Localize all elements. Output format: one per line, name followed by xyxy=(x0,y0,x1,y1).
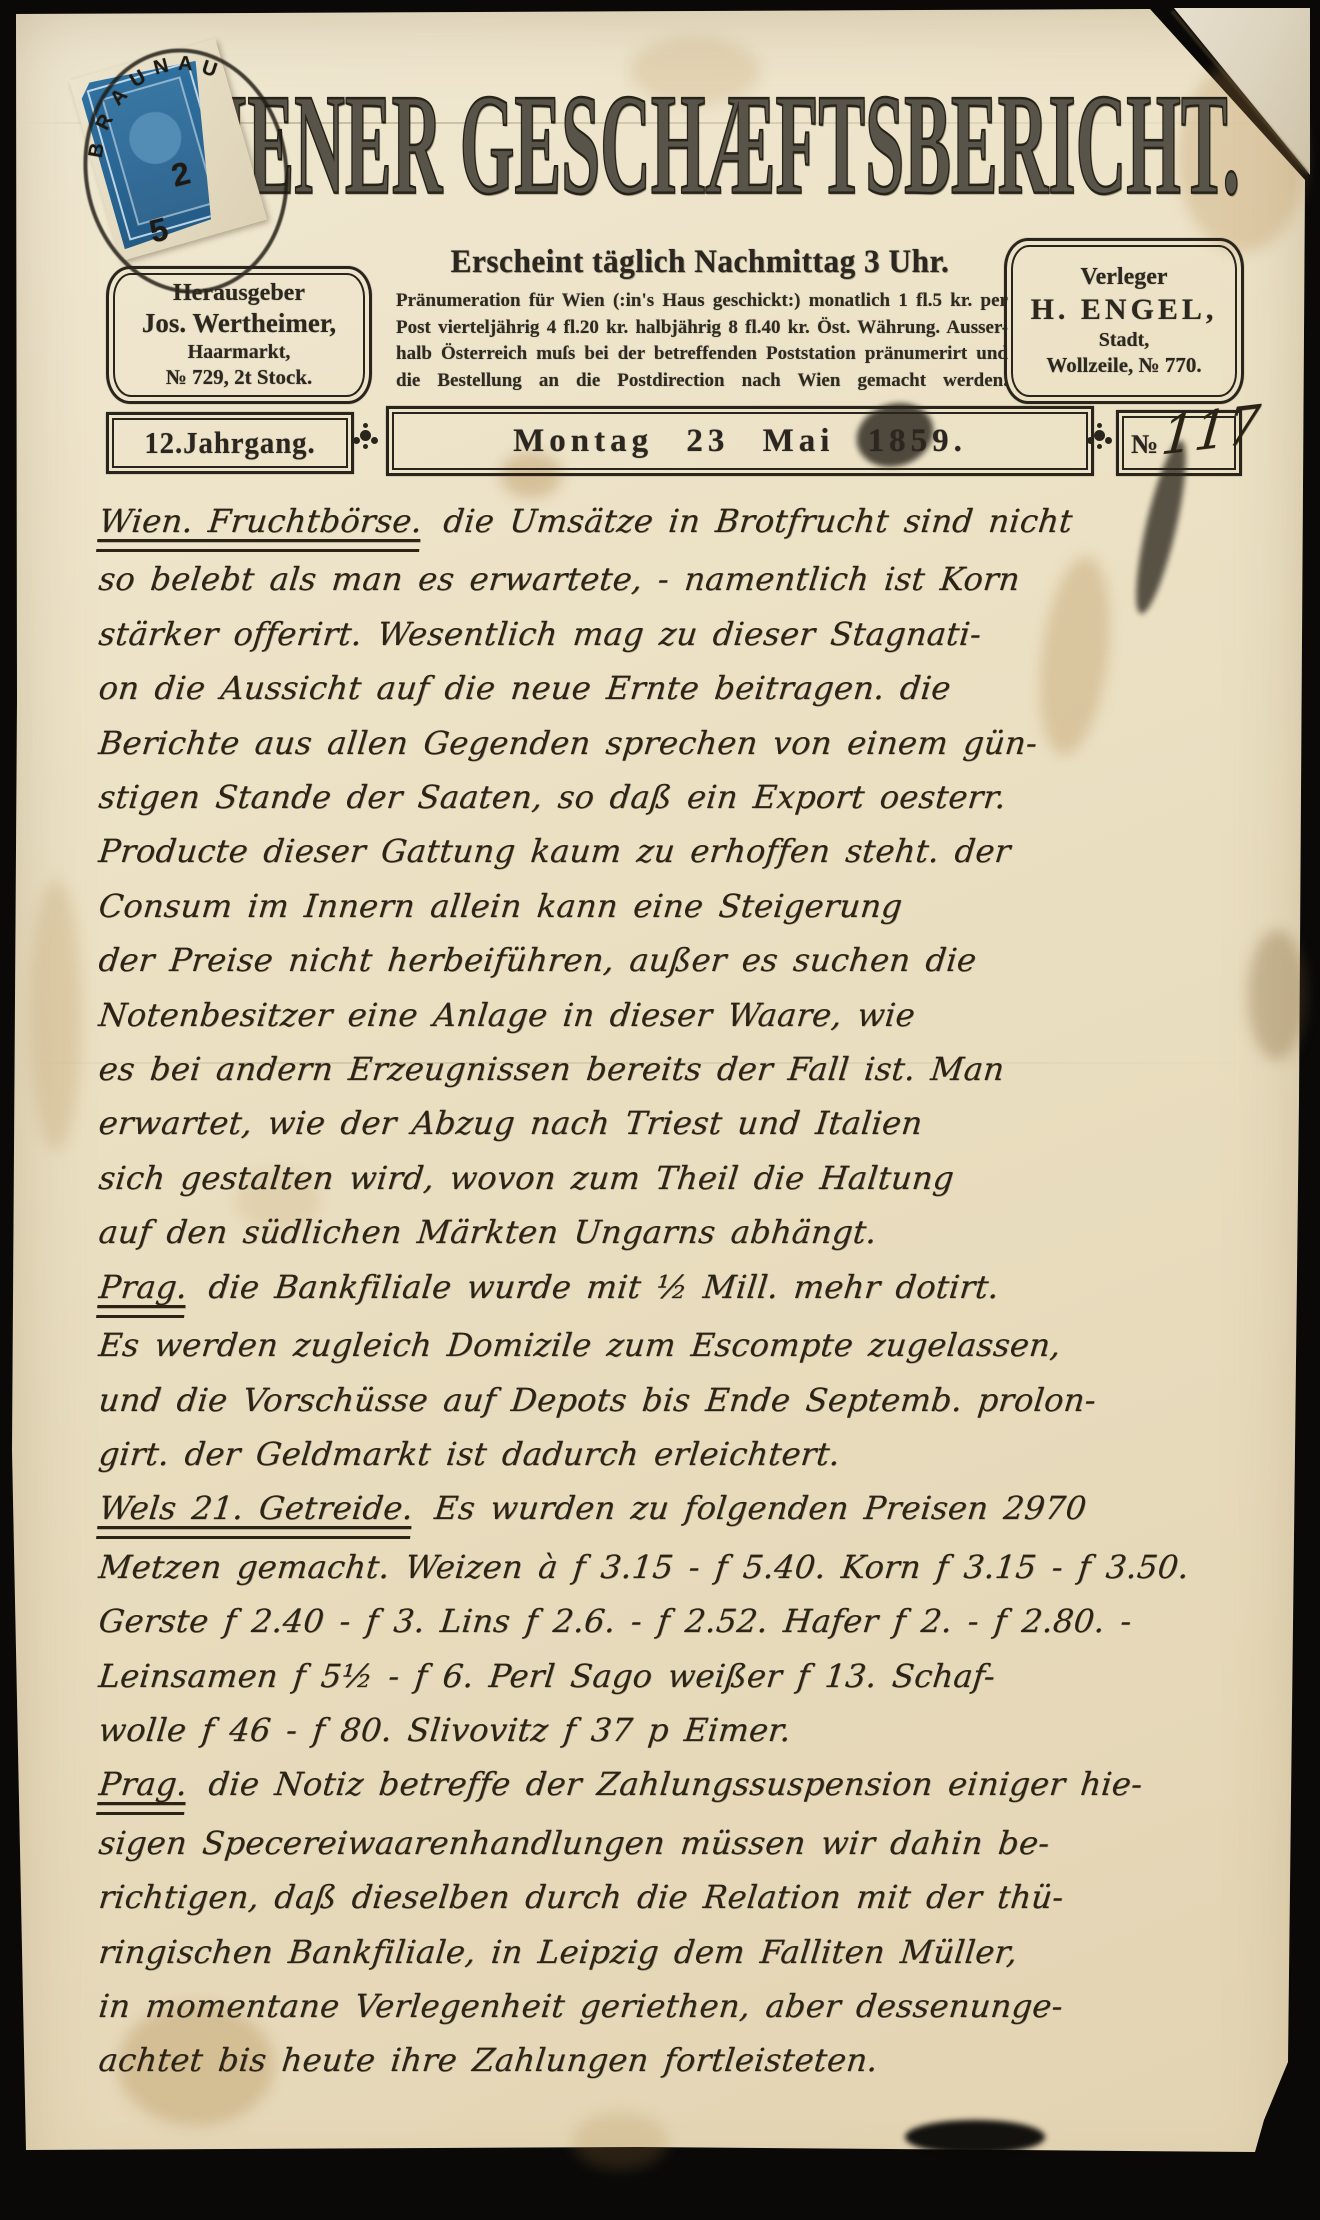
manuscript-line: Leinsamen f 5½ - f 6. Perl Sago weißer f… xyxy=(96,1649,1272,1703)
manuscript-line: wolle f 46 - f 80. Slivovitz f 37 p Eime… xyxy=(96,1703,1272,1757)
manuscript: Wien. Fruchtbörse. die Umsätze in Brotfr… xyxy=(96,494,1266,2088)
manuscript-line: und die Vorschüsse auf Depots bis Ende S… xyxy=(96,1373,1272,1427)
manuscript-line: achtet bis heute ihre Zahlungen fortleis… xyxy=(96,2033,1272,2087)
masthead-title: WIENER GESCHÆFTSBERICHT. xyxy=(150,72,1240,216)
fleuron-ornament-icon xyxy=(360,430,371,441)
manuscript-line: Es werden zugleich Domizile zum Escompte… xyxy=(96,1318,1272,1372)
manuscript-line: Consum im Innern allein kann eine Steige… xyxy=(96,879,1272,933)
prospectus: Pränumeration für Wien (:in's Haus gesch… xyxy=(396,288,1008,394)
box-line: Herausgeber xyxy=(173,280,305,308)
manuscript-line: Prag. die Bankfiliale wurde mit ½ Mill. … xyxy=(96,1260,1272,1318)
publisher-box: HerausgeberJos. Wertheimer,Haarmarkt,№ 7… xyxy=(106,266,372,404)
box-line: Jos. Wertheimer, xyxy=(142,307,336,339)
issue-number-box: № 117 xyxy=(1116,410,1242,476)
manuscript-line: sigen Specereiwaarenhandlungen müssen wi… xyxy=(96,1816,1272,1870)
manuscript-line: Prag. die Notiz betreffe der Zahlungssus… xyxy=(96,1757,1272,1815)
manuscript-line: der Preise nicht herbeiführen, außer es … xyxy=(96,933,1272,987)
manuscript-line: in momentane Verlegenheit geriethen, abe… xyxy=(96,1979,1272,2033)
manuscript-line: ringischen Bankfiliale, in Leipzig dem F… xyxy=(96,1925,1272,1979)
issue-number-handwritten: 117 xyxy=(1159,394,1263,467)
manuscript-line: on die Aussicht auf die neue Ernte beitr… xyxy=(96,661,1272,715)
volume-label: 12.Jahrgang. xyxy=(122,420,338,466)
manuscript-line: stärker offerirt. Wesentlich mag zu dies… xyxy=(96,607,1272,661)
box-line: Verleger xyxy=(1080,264,1167,292)
publisher-box-lines: HerausgeberJos. Wertheimer,Haarmarkt,№ 7… xyxy=(117,277,361,393)
manuscript-line: sich gestalten wird, wovon zum Theil die… xyxy=(96,1151,1272,1205)
manuscript-line: Wien. Fruchtbörse. die Umsätze in Brotfr… xyxy=(96,494,1272,552)
verleger-box: VerlegerH. ENGEL,Stadt,Wollzeile, № 770. xyxy=(1004,238,1244,404)
manuscript-line-heading: Wien. Fruchtbörse. xyxy=(96,494,425,552)
prospectus-line: Post vierteljährig 4 fl.20 kr. halbjähri… xyxy=(396,315,1008,342)
verleger-box-lines: VerlegerH. ENGEL,Stadt,Wollzeile, № 770. xyxy=(1015,249,1233,393)
manuscript-line: Metzen gemacht. Weizen à f 3.15 - f 5.40… xyxy=(96,1540,1272,1594)
manuscript-line: Wels 21. Getreide. Es wurden zu folgende… xyxy=(96,1481,1272,1539)
manuscript-line: es bei andern Erzeugnissen bereits der F… xyxy=(96,1042,1272,1096)
fleuron-ornament-icon xyxy=(1094,430,1105,441)
manuscript-line: Notenbesitzer eine Anlage in dieser Waar… xyxy=(96,988,1272,1042)
manuscript-line: girt. der Geldmarkt ist dadurch erleicht… xyxy=(96,1427,1272,1481)
manuscript-line-heading: Prag. xyxy=(96,1260,190,1318)
box-line: H. ENGEL, xyxy=(1031,292,1218,328)
box-line: № 729, 2t Stock. xyxy=(166,364,313,390)
postmark-letter: A xyxy=(177,53,192,76)
masthead-subtitle: Erscheint täglich Nachmittag 3 Uhr. xyxy=(407,244,992,281)
box-line: Stadt, xyxy=(1099,328,1150,352)
manuscript-line-heading: Prag. xyxy=(96,1757,190,1815)
manuscript-line: Producte dieser Gattung kaum zu erhoffen… xyxy=(96,824,1272,878)
box-line: Wollzeile, № 770. xyxy=(1046,352,1201,378)
prospectus-line: die Bestellung an die Postdirection nach… xyxy=(396,368,1008,395)
manuscript-line: so belebt als man es erwartete, - nament… xyxy=(96,552,1272,606)
manuscript-line: erwartet, wie der Abzug nach Triest und … xyxy=(96,1096,1272,1150)
masthead: WIENER GESCHÆFTSBERICHT. xyxy=(150,72,1250,232)
manuscript-line-heading: Wels 21. Getreide. xyxy=(96,1481,416,1539)
manuscript-line: auf den südlichen Märkten Ungarns abhäng… xyxy=(96,1205,1272,1259)
date-box: Montag 23 Mai 1859. xyxy=(386,406,1094,476)
prospectus-line: Pränumeration für Wien (:in's Haus gesch… xyxy=(396,288,1008,315)
issue-date: Montag 23 Mai 1859. xyxy=(394,414,1086,468)
prospectus-line: halb Österreich muſs bei der betreffende… xyxy=(396,341,1008,368)
scanned-newspaper-page: WIENER GESCHÆFTSBERICHT. Erscheint tägli… xyxy=(0,0,1320,2220)
manuscript-line: stigen Stande der Saaten, so daß ein Exp… xyxy=(96,770,1272,824)
box-line: Haarmarkt, xyxy=(188,340,291,364)
volume-box: 12.Jahrgang. xyxy=(106,412,354,474)
issue-number-sign: № xyxy=(1131,429,1158,460)
manuscript-line: Berichte aus allen Gegenden sprechen von… xyxy=(96,716,1272,770)
manuscript-line: richtigen, daß dieselben durch die Relat… xyxy=(96,1870,1272,1924)
manuscript-line: Gerste f 2.40 - f 3. Lins f 2.6. - f 2.5… xyxy=(96,1594,1272,1648)
